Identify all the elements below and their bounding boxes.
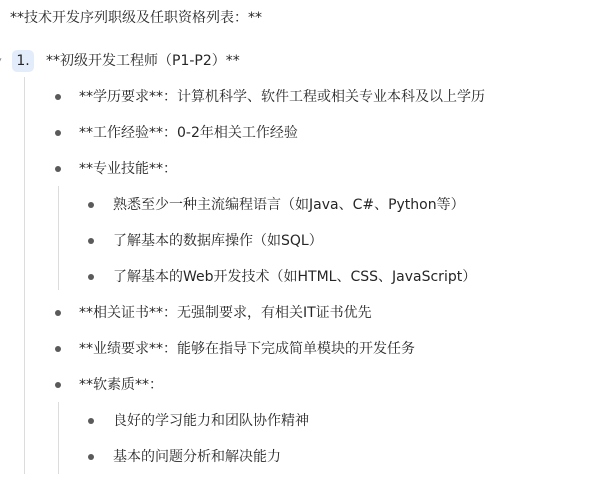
list-item-text: **软素质**： bbox=[79, 375, 163, 395]
sub-list-item-text: 了解基本的Web开发技术（如HTML、CSS、JavaScript） bbox=[113, 267, 476, 287]
sub-list-item: 了解基本的数据库操作（如SQL） bbox=[0, 231, 596, 251]
ordered-list-item: ▾ 1. **初级开发工程师（P1-P2）** bbox=[0, 51, 596, 71]
collapse-triangle-icon[interactable]: ▾ bbox=[0, 51, 7, 71]
bullet-dot-icon bbox=[88, 418, 94, 424]
bullet-dot-icon bbox=[55, 310, 61, 316]
bullet-dot-icon bbox=[88, 454, 94, 460]
bullet-dot-icon bbox=[55, 94, 61, 100]
list-item: **工作经验**：0-2年相关工作经验 bbox=[0, 123, 596, 143]
sub-list-item-text: 了解基本的数据库操作（如SQL） bbox=[113, 231, 323, 251]
list-item-text: **相关证书**：无强制要求，有相关IT证书优先 bbox=[79, 303, 372, 323]
bullet-dot-icon bbox=[88, 238, 94, 244]
section-heading: **技术开发序列职级及任职资格列表：** bbox=[10, 8, 262, 28]
sub-list-item: 熟悉至少一种主流编程语言（如Java、C#、Python等） bbox=[0, 195, 596, 215]
sub-list-item-text: 良好的学习能力和团队协作精神 bbox=[113, 411, 309, 431]
list-item: **专业技能**： bbox=[0, 159, 596, 179]
list-item: **软素质**： bbox=[0, 375, 596, 395]
bullet-dot-icon bbox=[55, 130, 61, 136]
list-item: **相关证书**：无强制要求，有相关IT证书优先 bbox=[0, 303, 596, 323]
list-item-title: **初级开发工程师（P1-P2）** bbox=[46, 51, 240, 71]
sub-list-item-text: 熟悉至少一种主流编程语言（如Java、C#、Python等） bbox=[113, 195, 465, 215]
sub-list-item: 良好的学习能力和团队协作精神 bbox=[0, 411, 596, 431]
sub-list-item-text: 基本的问题分析和解决能力 bbox=[113, 447, 281, 467]
list-item: **业绩要求**：能够在指导下完成简单模块的开发任务 bbox=[0, 339, 596, 359]
list-item-text: **学历要求**：计算机科学、软件工程或相关专业本科及以上学历 bbox=[79, 87, 485, 107]
bullet-dot-icon bbox=[88, 274, 94, 280]
bullet-dot-icon bbox=[55, 346, 61, 352]
list-item: **学历要求**：计算机科学、软件工程或相关专业本科及以上学历 bbox=[0, 87, 596, 107]
bullet-dot-icon bbox=[88, 202, 94, 208]
list-item-text: **工作经验**：0-2年相关工作经验 bbox=[79, 123, 298, 143]
sub-list-item: 了解基本的Web开发技术（如HTML、CSS、JavaScript） bbox=[0, 267, 596, 287]
bullet-dot-icon bbox=[55, 382, 61, 388]
list-item-text: **业绩要求**：能够在指导下完成简单模块的开发任务 bbox=[79, 339, 415, 359]
bullet-dot-icon bbox=[55, 166, 61, 172]
sub-list-item: 基本的问题分析和解决能力 bbox=[0, 447, 596, 467]
list-item-text: **专业技能**： bbox=[79, 159, 177, 179]
list-number-badge[interactable]: 1. bbox=[12, 50, 34, 72]
